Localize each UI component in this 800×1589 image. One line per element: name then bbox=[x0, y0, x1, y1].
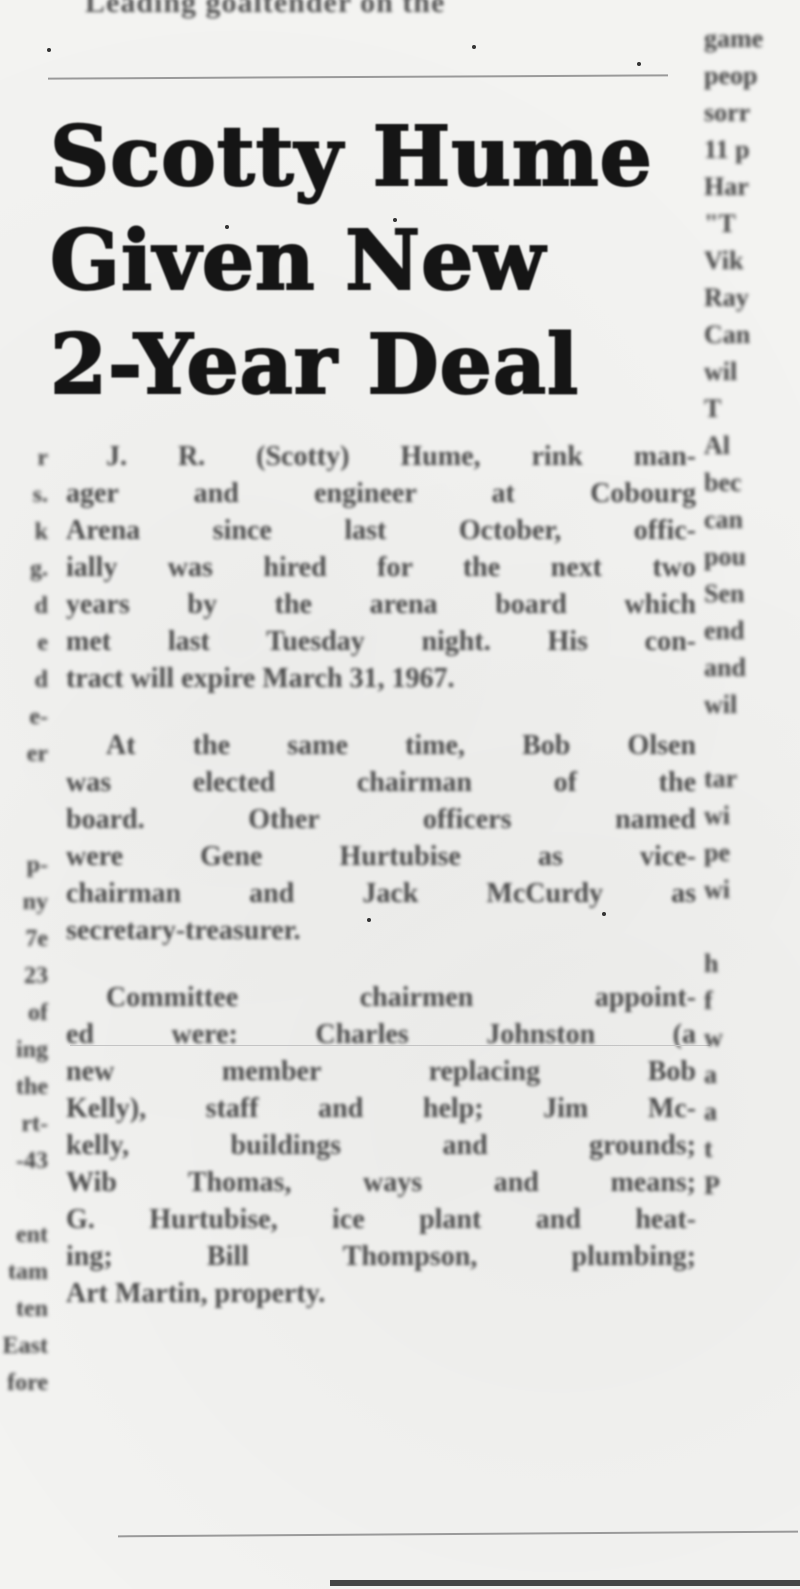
paragraph-line: J. R. (Scotty) Hume, rink man- bbox=[66, 438, 696, 475]
print-speck bbox=[637, 62, 641, 66]
column-fragment: wi bbox=[704, 871, 800, 908]
column-fragment: -43 bbox=[0, 1143, 48, 1180]
column-fragment: game bbox=[704, 20, 800, 57]
column-fragment: Al bbox=[704, 427, 800, 464]
paragraph-line: Wib Thomas, ways and means; bbox=[66, 1164, 696, 1201]
print-speck bbox=[472, 45, 476, 49]
headline-line-1: Scotty Hume bbox=[50, 105, 690, 209]
print-speck bbox=[225, 225, 229, 229]
paragraph-line: new member replacing Bob bbox=[66, 1053, 696, 1090]
column-fragment: t bbox=[704, 1130, 800, 1167]
paragraph-line: Committee chairmen appoint- bbox=[66, 979, 696, 1016]
column-fragment: peop bbox=[704, 57, 800, 94]
column-fragment: er bbox=[0, 736, 48, 773]
paragraph-line: chairman and Jack McCurdy as bbox=[66, 875, 696, 912]
column-fragment: e bbox=[0, 625, 48, 662]
column-fragment: d bbox=[0, 662, 48, 699]
column-fragment: a bbox=[704, 1093, 800, 1130]
column-fragment: 11 p bbox=[704, 131, 800, 168]
column-fragment: r bbox=[0, 440, 48, 477]
column-fragment: wil bbox=[704, 353, 800, 390]
column-fragment: East bbox=[0, 1328, 48, 1365]
column-fragment: d bbox=[0, 588, 48, 625]
page-edge-shadow bbox=[330, 1580, 800, 1586]
article-headline: Scotty Hume Given New 2-Year Deal bbox=[50, 105, 690, 417]
column-fragment: h bbox=[704, 945, 800, 982]
column-fragment: wil bbox=[704, 686, 800, 723]
column-fragment: Ray bbox=[704, 279, 800, 316]
column-fragment: T bbox=[704, 390, 800, 427]
column-fragment: Vik bbox=[704, 242, 800, 279]
paragraph-line: ing; Bill Thompson, plumbing; bbox=[66, 1238, 696, 1275]
column-fragment: f bbox=[704, 982, 800, 1019]
column-fragment bbox=[0, 810, 48, 847]
column-fragment: and bbox=[704, 649, 800, 686]
column-fragment: pou bbox=[704, 538, 800, 575]
column-fragment: a bbox=[704, 1056, 800, 1093]
column-fragment: tar bbox=[704, 760, 800, 797]
paragraph-line: was elected chairman of the bbox=[66, 764, 696, 801]
print-speck bbox=[47, 48, 51, 52]
print-speck bbox=[393, 218, 397, 222]
column-fragment: the bbox=[0, 1069, 48, 1106]
column-fragment: tam bbox=[0, 1254, 48, 1291]
column-fragment: wi bbox=[704, 797, 800, 834]
adjacent-left-column: rs.kg.dede-er p-ny7e23ofingthert--43 ent… bbox=[0, 440, 48, 1402]
paragraph-line: Arena since last October, offic- bbox=[66, 512, 696, 549]
column-fragment: Sen bbox=[704, 575, 800, 612]
column-fragment: p- bbox=[0, 847, 48, 884]
column-fragment bbox=[704, 908, 800, 945]
column-fragment: ny bbox=[0, 884, 48, 921]
column-fragment: Can bbox=[704, 316, 800, 353]
article-paragraph: At the same time, Bob Olsenwas elected c… bbox=[66, 727, 696, 949]
column-fragment: e- bbox=[0, 699, 48, 736]
paragraph-line: kelly, buildings and grounds; bbox=[66, 1127, 696, 1164]
paragraph-line: Art Martin, property. bbox=[66, 1275, 696, 1312]
print-speck bbox=[602, 912, 606, 916]
paragraph-line: ed were: Charles Johnston (a bbox=[66, 1016, 696, 1053]
column-fragment bbox=[704, 723, 800, 760]
column-fragment: ing bbox=[0, 1032, 48, 1069]
paragraph-line: ager and engineer at Cobourg bbox=[66, 475, 696, 512]
column-fragment: s. bbox=[0, 477, 48, 514]
column-rule-mid bbox=[70, 1045, 710, 1046]
paragraph-line: tract will expire March 31, 1967. bbox=[66, 660, 696, 697]
column-fragment: k bbox=[0, 514, 48, 551]
headline-line-3: 2-Year Deal bbox=[50, 313, 690, 417]
column-fragment: ent bbox=[0, 1217, 48, 1254]
column-fragment: g. bbox=[0, 551, 48, 588]
print-speck bbox=[367, 918, 371, 922]
paragraph-line: met last Tuesday night. His con- bbox=[66, 623, 696, 660]
paragraph-line: were Gene Hurtubise as vice- bbox=[66, 838, 696, 875]
adjacent-right-column: gamepeopsorr11 pHar"TVikRayCanwilTAlbecc… bbox=[704, 20, 800, 1204]
paragraph-line: At the same time, Bob Olsen bbox=[66, 727, 696, 764]
column-fragment: ten bbox=[0, 1291, 48, 1328]
column-fragment: "T bbox=[704, 205, 800, 242]
article-paragraph: Committee chairmen appoint-ed were: Char… bbox=[66, 979, 696, 1312]
paragraph-line: G. Hurtubise, ice plant and heat- bbox=[66, 1201, 696, 1238]
paragraph-line: secretary-treasurer. bbox=[66, 912, 696, 949]
column-fragment: of bbox=[0, 995, 48, 1032]
column-fragment bbox=[0, 773, 48, 810]
column-fragment: bec bbox=[704, 464, 800, 501]
column-fragment: rt- bbox=[0, 1106, 48, 1143]
article-body: J. R. (Scotty) Hume, rink man-ager and e… bbox=[66, 438, 696, 1342]
article-paragraph: J. R. (Scotty) Hume, rink man-ager and e… bbox=[66, 438, 696, 697]
paragraph-line: ially was hired for the next two bbox=[66, 549, 696, 586]
paragraph-line: years by the arena board which bbox=[66, 586, 696, 623]
column-fragment: w bbox=[704, 1019, 800, 1056]
column-fragment: 23 bbox=[0, 958, 48, 995]
column-fragment: 7e bbox=[0, 921, 48, 958]
column-fragment: Har bbox=[704, 168, 800, 205]
column-fragment: end bbox=[704, 612, 800, 649]
column-fragment bbox=[0, 1180, 48, 1217]
paragraph-line: Kelly), staff and help; Jim Mc- bbox=[66, 1090, 696, 1127]
previous-article-fragment: Leading goaltender on the bbox=[85, 0, 445, 20]
column-fragment: sorr bbox=[704, 94, 800, 131]
column-fragment: fore bbox=[0, 1365, 48, 1402]
paragraph-line: board. Other officers named bbox=[66, 801, 696, 838]
column-fragment: can bbox=[704, 501, 800, 538]
column-fragment: P bbox=[704, 1167, 800, 1204]
column-fragment: pe bbox=[704, 834, 800, 871]
headline-line-2: Given New bbox=[50, 209, 690, 313]
